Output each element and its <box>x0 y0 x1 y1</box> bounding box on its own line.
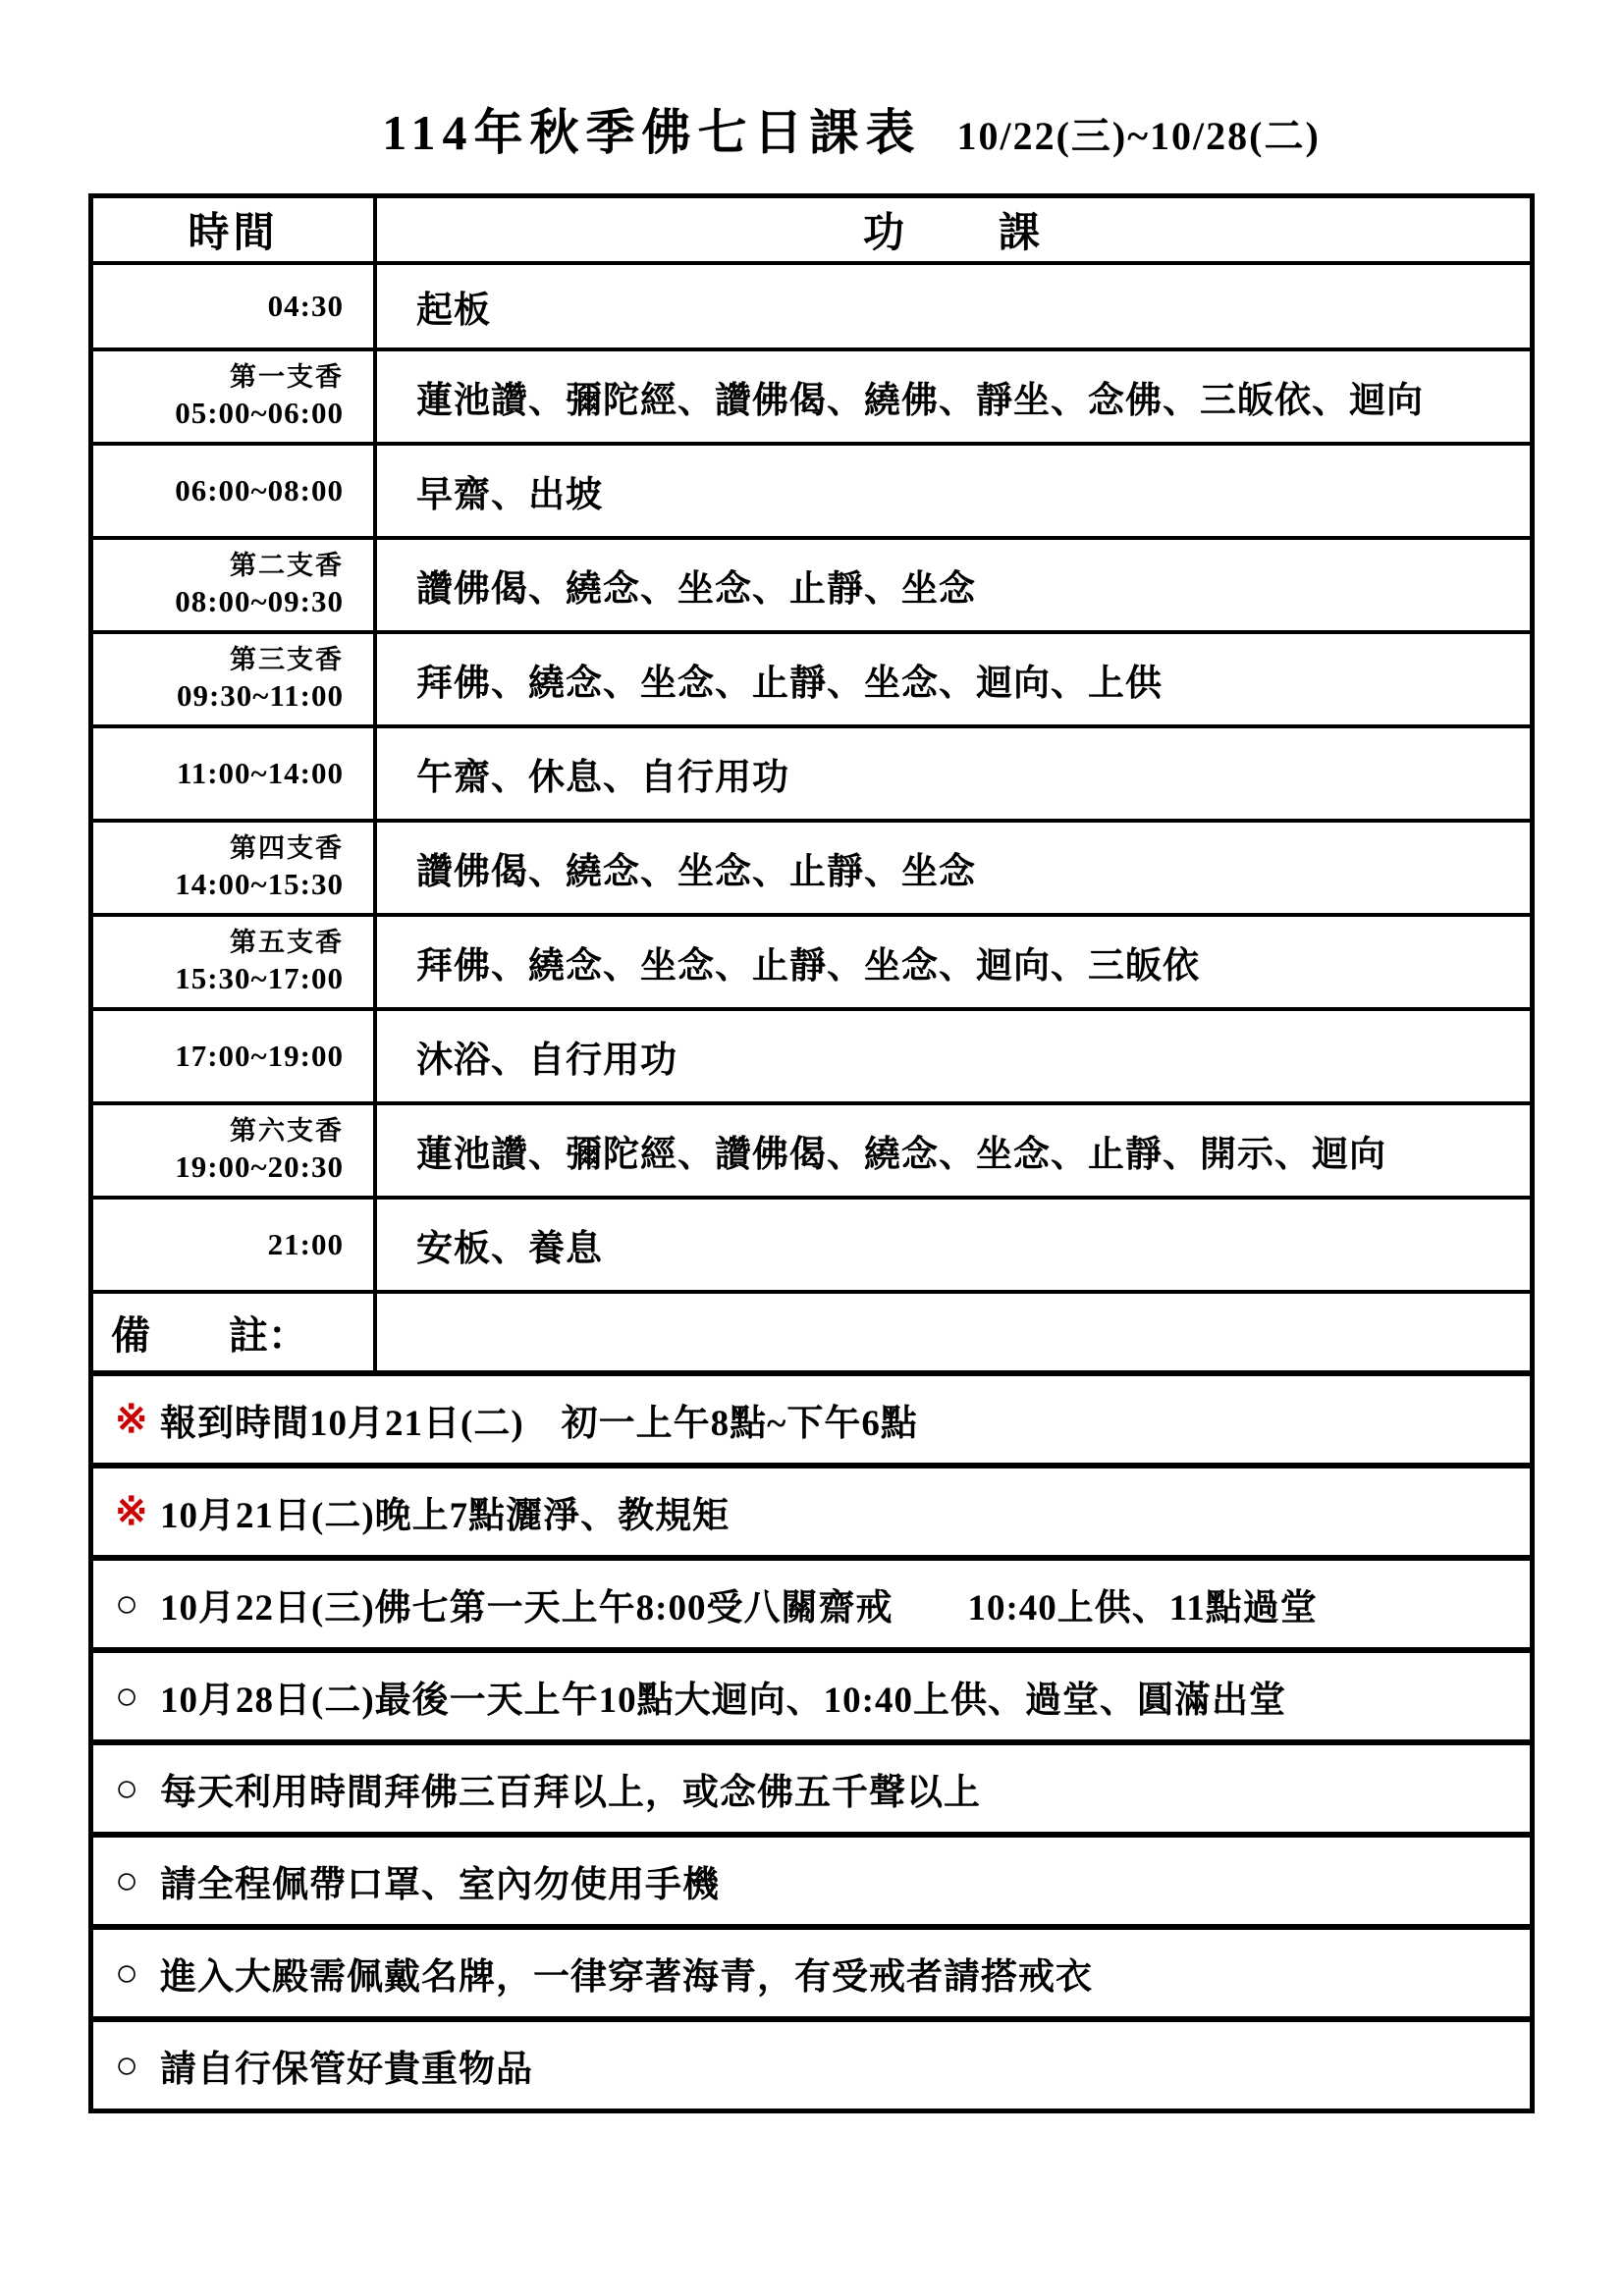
period-label: 第五支香 <box>230 927 344 960</box>
circle-marker-icon: ○ <box>115 1953 160 1993</box>
title-row: 114年秋季佛七日課表 10/22(三)~10/28(二) <box>39 0 1624 164</box>
remark-content-cell <box>377 1294 1530 1370</box>
time-cell: 04:30 <box>93 265 377 347</box>
note-text: 每天利用時間拜佛三百拜以上，或念佛五千聲以上 <box>160 1762 981 1815</box>
time-cell: 第一支香 05:00~06:00 <box>93 351 377 442</box>
schedule-table: 時間 功 課 04:30 起板 第一支香 05:00~06:00 蓮池讚、彌陀經… <box>88 193 1535 2113</box>
time-cell: 第二支香 08:00~09:30 <box>93 540 377 630</box>
lesson-cell: 蓮池讚、彌陀經、讚佛偈、繞念、坐念、止靜、開示、迴向 <box>377 1105 1530 1196</box>
lesson-cell: 沐浴、自行用功 <box>377 1011 1530 1101</box>
note-row: ○ 10月28日(二)最後一天上午10點大迴向、10:40上供、過堂、圓滿出堂 <box>93 1647 1530 1739</box>
schedule-row: 第五支香 15:30~17:00 拜佛、繞念、坐念、止靜、坐念、迴向、三皈依 <box>93 913 1530 1007</box>
time-cell: 17:00~19:00 <box>93 1011 377 1101</box>
date-range: 10/22(三)~10/28(二) <box>956 105 1320 161</box>
time-label: 21:00 <box>268 1226 344 1264</box>
note-row: ※ 10月21日(二)晚上7點灑淨、教規矩 <box>93 1463 1530 1555</box>
period-label: 第一支香 <box>230 361 344 395</box>
period-label: 第六支香 <box>230 1115 344 1148</box>
note-row: ※ 報到時間10月21日(二) 初一上午8點~下午6點 <box>93 1370 1530 1463</box>
time-label: 05:00~06:00 <box>175 395 344 433</box>
note-text: 請自行保管好貴重物品 <box>160 2039 533 2092</box>
circle-marker-icon: ○ <box>115 2046 160 2085</box>
lesson-cell: 拜佛、繞念、坐念、止靜、坐念、迴向、上供 <box>377 634 1530 724</box>
time-label: 15:30~17:00 <box>175 960 344 998</box>
circle-marker-icon: ○ <box>115 1584 160 1624</box>
schedule-row: 06:00~08:00 早齋、出坡 <box>93 442 1530 536</box>
time-cell: 第六支香 19:00~20:30 <box>93 1105 377 1196</box>
lesson-cell: 拜佛、繞念、坐念、止靜、坐念、迴向、三皈依 <box>377 917 1530 1007</box>
circle-marker-icon: ○ <box>115 1861 160 1900</box>
lesson-cell: 午齋、休息、自行用功 <box>377 728 1530 819</box>
time-cell: 11:00~14:00 <box>93 728 377 819</box>
note-text: 10月22日(三)佛七第一天上午8:00受八關齋戒 10:40上供、11點過堂 <box>160 1577 1318 1630</box>
lesson-cell: 讚佛偈、繞念、坐念、止靜、坐念 <box>377 823 1530 913</box>
note-row: ○ 每天利用時間拜佛三百拜以上，或念佛五千聲以上 <box>93 1739 1530 1832</box>
schedule-row: 17:00~19:00 沐浴、自行用功 <box>93 1007 1530 1101</box>
period-label: 第二支香 <box>230 550 344 583</box>
schedule-row: 第四支香 14:00~15:30 讚佛偈、繞念、坐念、止靜、坐念 <box>93 819 1530 913</box>
schedule-row: 第三支香 09:30~11:00 拜佛、繞念、坐念、止靜、坐念、迴向、上供 <box>93 630 1530 724</box>
time-label: 11:00~14:00 <box>177 755 344 793</box>
lesson-cell: 蓮池讚、彌陀經、讚佛偈、繞佛、靜坐、念佛、三皈依、迴向 <box>377 351 1530 442</box>
time-cell: 第四支香 14:00~15:30 <box>93 823 377 913</box>
lesson-cell: 早齋、出坡 <box>377 446 1530 536</box>
period-label: 第四支香 <box>230 832 344 866</box>
time-label: 09:30~11:00 <box>177 677 344 716</box>
time-label: 08:00~09:30 <box>175 583 344 621</box>
lesson-cell: 安板、養息 <box>377 1200 1530 1290</box>
time-cell: 21:00 <box>93 1200 377 1290</box>
time-label: 06:00~08:00 <box>175 472 344 510</box>
remark-row: 備 註： <box>93 1290 1530 1370</box>
time-header-cell: 時間 <box>93 198 377 261</box>
remark-label-cell: 備 註： <box>93 1294 377 1370</box>
asterisk-marker-icon: ※ <box>115 1400 160 1439</box>
document-page: 114年秋季佛七日課表 10/22(三)~10/28(二) 時間 功 課 04:… <box>0 0 1624 2296</box>
note-text: 請全程佩帶口罩、室內勿使用手機 <box>160 1854 720 1907</box>
schedule-row: 11:00~14:00 午齋、休息、自行用功 <box>93 724 1530 819</box>
time-label: 04:30 <box>268 288 344 326</box>
note-row: ○ 請自行保管好貴重物品 <box>93 2016 1530 2109</box>
note-text: 10月21日(二)晚上7點灑淨、教規矩 <box>160 1485 730 1538</box>
note-row: ○ 10月22日(三)佛七第一天上午8:00受八關齋戒 10:40上供、11點過… <box>93 1555 1530 1647</box>
period-label: 第三支香 <box>230 644 344 677</box>
note-text: 報到時間10月21日(二) 初一上午8點~下午6點 <box>160 1393 918 1446</box>
asterisk-marker-icon: ※ <box>115 1492 160 1531</box>
lesson-cell: 讚佛偈、繞念、坐念、止靜、坐念 <box>377 540 1530 630</box>
time-cell: 第三支香 09:30~11:00 <box>93 634 377 724</box>
circle-marker-icon: ○ <box>115 1677 160 1716</box>
note-text: 10月28日(二)最後一天上午10點大迴向、10:40上供、過堂、圓滿出堂 <box>160 1670 1286 1723</box>
note-text: 進入大殿需佩戴名牌，一律穿著海青，有受戒者請搭戒衣 <box>160 1947 1093 2000</box>
time-label: 17:00~19:00 <box>175 1038 344 1076</box>
note-row: ○ 請全程佩帶口罩、室內勿使用手機 <box>93 1832 1530 1924</box>
lesson-cell: 起板 <box>377 265 1530 347</box>
note-row: ○ 進入大殿需佩戴名牌，一律穿著海青，有受戒者請搭戒衣 <box>93 1924 1530 2016</box>
page-title: 114年秋季佛七日課表 <box>382 93 921 164</box>
time-label: 14:00~15:30 <box>175 866 344 904</box>
schedule-row: 第一支香 05:00~06:00 蓮池讚、彌陀經、讚佛偈、繞佛、靜坐、念佛、三皈… <box>93 347 1530 442</box>
circle-marker-icon: ○ <box>115 1769 160 1808</box>
time-cell: 第五支香 15:30~17:00 <box>93 917 377 1007</box>
lesson-header-cell: 功 課 <box>377 198 1530 261</box>
schedule-row: 04:30 起板 <box>93 261 1530 347</box>
schedule-row: 第六支香 19:00~20:30 蓮池讚、彌陀經、讚佛偈、繞念、坐念、止靜、開示… <box>93 1101 1530 1196</box>
schedule-row: 21:00 安板、養息 <box>93 1196 1530 1290</box>
header-row: 時間 功 課 <box>93 198 1530 261</box>
schedule-row: 第二支香 08:00~09:30 讚佛偈、繞念、坐念、止靜、坐念 <box>93 536 1530 630</box>
time-cell: 06:00~08:00 <box>93 446 377 536</box>
time-label: 19:00~20:30 <box>175 1148 344 1187</box>
